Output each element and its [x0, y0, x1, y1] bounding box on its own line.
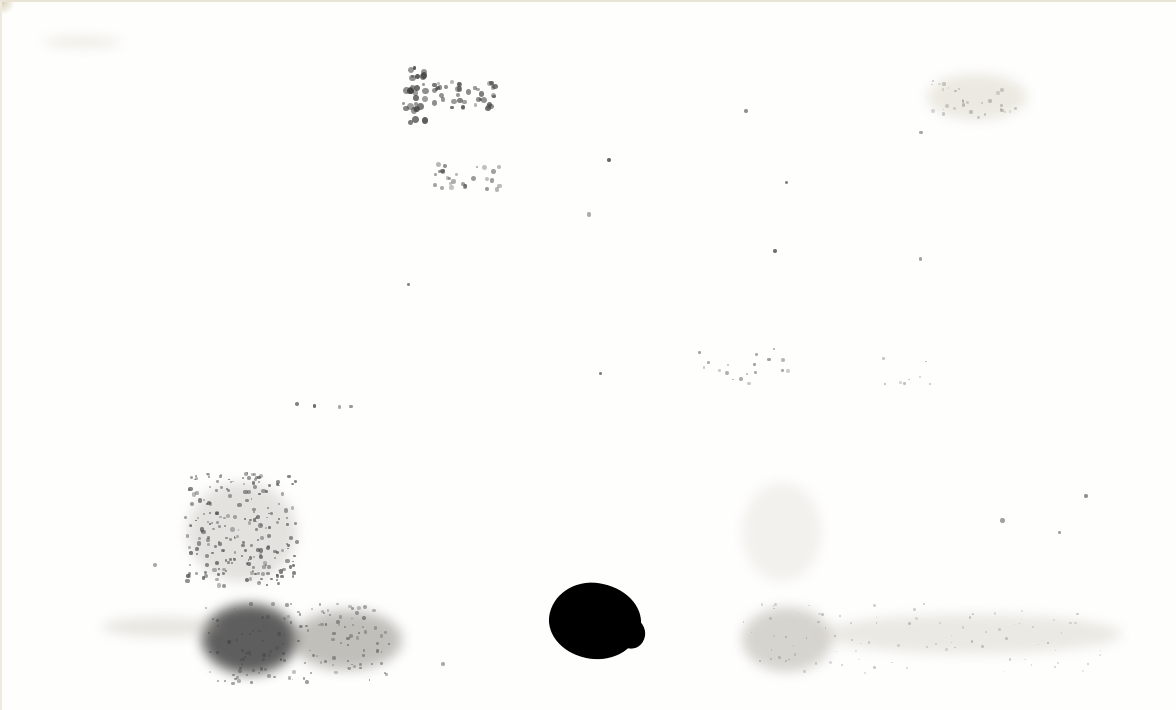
- scanned-card: [0, 0, 1176, 710]
- punch-hole: [544, 577, 646, 665]
- ink-smudge-bottom-right: [742, 482, 822, 582]
- ink-smudge-bottom-right: [822, 614, 1122, 654]
- ink-mark-top-left-edge: [42, 37, 122, 47]
- ink-smudge-bottom-right: [742, 607, 832, 672]
- ink-smudge-bottom-left: [202, 604, 297, 674]
- ink-smudge-bottom-left: [102, 617, 222, 637]
- worn-corner: [2, 2, 16, 14]
